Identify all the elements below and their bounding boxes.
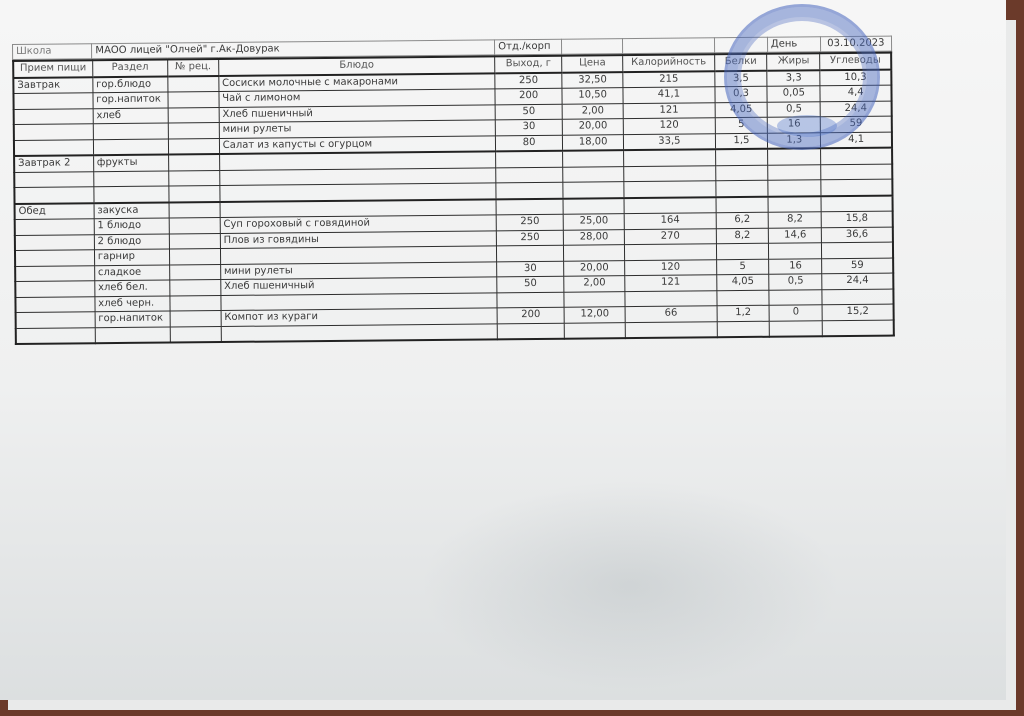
cell-section: 1 блюдо	[94, 218, 169, 234]
cell-recipe	[170, 326, 221, 342]
cell-fat: 1,3	[768, 132, 821, 149]
cell-carbs: 4,1	[821, 132, 892, 149]
col-recipe: № рец.	[168, 59, 219, 76]
cell-recipe	[169, 170, 220, 186]
cell-protein	[716, 243, 769, 259]
cell-section: закуска	[94, 202, 169, 219]
dept-value	[562, 39, 623, 55]
cell-carbs	[821, 164, 892, 180]
cell-protein	[717, 290, 770, 306]
cell-meal	[15, 234, 94, 250]
cell-fat: 0	[769, 305, 822, 321]
menu-document: Школа МАОО лицей "Олчей" г.Ак-Довурак От…	[12, 36, 895, 345]
cell-protein: 4,05	[715, 102, 768, 118]
cell-price: 2,00	[564, 276, 625, 292]
cell-fat: 0,5	[769, 274, 822, 290]
cell-price: 32,50	[562, 72, 623, 89]
cell-carbs	[821, 179, 892, 196]
cell-output: 250	[496, 214, 563, 230]
cell-protein: 5	[716, 259, 769, 275]
cell-calories: 215	[623, 71, 715, 88]
blank-cell	[623, 38, 715, 54]
cell-dish	[221, 323, 498, 342]
cell-calories: 270	[624, 228, 716, 244]
cell-section: гор.напиток	[93, 92, 168, 108]
cell-price: 25,00	[563, 214, 624, 230]
cell-section: хлеб бел.	[95, 280, 170, 296]
cell-recipe	[170, 264, 221, 280]
cell-meal	[15, 296, 94, 312]
cell-calories: 164	[624, 213, 716, 229]
cell-fat	[768, 164, 821, 180]
col-output: Выход, г	[495, 56, 562, 73]
cell-price: 10,50	[562, 88, 623, 104]
cell-fat: 8,2	[769, 212, 822, 228]
cell-price	[563, 198, 624, 215]
cell-recipe	[170, 311, 221, 327]
cell-section: фрукты	[93, 155, 168, 172]
cell-protein	[716, 196, 769, 213]
cell-meal	[14, 171, 93, 187]
cell-calories: 120	[625, 259, 717, 275]
cell-meal	[16, 312, 95, 328]
cell-section	[94, 186, 169, 203]
cell-recipe	[168, 107, 219, 123]
cell-output: 200	[495, 88, 562, 104]
cell-calories	[625, 321, 717, 338]
cell-meal	[15, 281, 94, 297]
cell-output: 30	[495, 119, 562, 135]
cell-fat	[768, 148, 821, 165]
cell-price	[563, 166, 624, 182]
cell-protein: 0,3	[715, 86, 768, 102]
cell-output	[497, 323, 564, 340]
cell-meal	[13, 93, 92, 109]
cell-section: гор.напиток	[95, 311, 170, 327]
cell-section	[93, 139, 168, 156]
cell-protein: 8,2	[716, 228, 769, 244]
cell-meal	[15, 250, 94, 266]
cell-price	[564, 245, 625, 261]
cell-protein	[715, 180, 768, 197]
cell-output	[496, 151, 563, 168]
cell-protein: 6,2	[716, 212, 769, 228]
day-label: День	[767, 37, 820, 53]
cell-fat: 14,6	[769, 227, 822, 243]
cell-output	[497, 245, 564, 261]
col-section: Раздел	[92, 60, 167, 77]
cell-output	[496, 167, 563, 183]
cell-recipe	[169, 154, 220, 170]
cell-carbs: 4,4	[820, 85, 891, 101]
cell-carbs: 10,3	[820, 69, 891, 86]
cell-price: 12,00	[564, 307, 625, 323]
menu-rows: Завтракгор.блюдоСосиски молочные с макар…	[13, 69, 894, 344]
cell-calories	[625, 244, 717, 260]
cell-meal	[14, 108, 93, 124]
cell-carbs	[821, 195, 892, 212]
cell-protein	[717, 321, 770, 338]
cell-output: 50	[497, 276, 564, 292]
cell-section: гарнир	[94, 249, 169, 265]
cell-output	[497, 292, 564, 308]
cell-price	[563, 182, 624, 199]
cell-calories	[624, 165, 716, 181]
cell-output	[496, 198, 563, 215]
cell-price: 28,00	[564, 229, 625, 245]
col-protein: Белки	[714, 54, 767, 71]
cell-carbs: 15,8	[821, 211, 892, 227]
cell-meal: Обед	[15, 203, 94, 220]
cell-section: хлеб черн.	[95, 295, 170, 311]
col-meal: Прием пищи	[13, 60, 92, 77]
cell-carbs	[822, 289, 893, 305]
cell-output: 200	[497, 307, 564, 323]
cell-recipe	[169, 186, 220, 202]
date-value: 03.10.2023	[820, 36, 891, 52]
cell-fat	[769, 243, 822, 259]
cell-recipe	[168, 92, 219, 108]
cell-calories: 66	[625, 306, 717, 322]
cell-calories	[624, 181, 716, 198]
cell-section: гор.блюдо	[93, 76, 168, 93]
cell-meal	[14, 139, 93, 156]
cell-output: 30	[497, 261, 564, 277]
cell-recipe	[169, 233, 220, 249]
cell-carbs	[821, 148, 892, 165]
cell-recipe	[169, 218, 220, 234]
cell-fat	[768, 180, 821, 197]
cell-output: 250	[495, 72, 562, 89]
cell-meal	[15, 219, 94, 235]
cell-output	[496, 182, 563, 199]
cell-price	[563, 150, 624, 167]
cell-section: сладкое	[94, 264, 169, 280]
cell-carbs: 24,4	[822, 273, 893, 289]
cell-meal	[16, 327, 95, 344]
col-fat: Жиры	[767, 53, 820, 70]
menu-table: Прием пищи Раздел № рец. Блюдо Выход, г …	[12, 52, 895, 345]
cell-protein: 1,2	[717, 305, 770, 321]
cell-protein: 1,5	[715, 133, 768, 150]
cell-output: 80	[496, 135, 563, 152]
cell-carbs: 36,6	[822, 227, 893, 243]
cell-fat	[768, 196, 821, 213]
cell-carbs: 24,4	[820, 101, 891, 117]
col-calories: Калорийность	[623, 54, 715, 71]
cell-fat: 16	[768, 117, 821, 133]
cell-carbs: 59	[821, 116, 892, 132]
cell-price: 20,00	[564, 260, 625, 276]
cell-price: 2,00	[562, 103, 623, 119]
cell-protein: 3,5	[714, 70, 767, 87]
cell-protein: 4,05	[716, 274, 769, 290]
cell-calories: 121	[625, 275, 717, 291]
cell-recipe	[169, 202, 220, 218]
cell-recipe	[168, 123, 219, 139]
cell-price	[564, 322, 625, 339]
col-price: Цена	[562, 55, 623, 72]
cell-price: 18,00	[563, 134, 624, 151]
cell-meal	[15, 265, 94, 281]
cell-output: 250	[496, 230, 563, 246]
cell-meal	[14, 187, 93, 204]
cell-section	[95, 326, 170, 343]
cell-price	[564, 291, 625, 307]
cell-carbs: 59	[822, 258, 893, 274]
cell-fat: 16	[769, 258, 822, 274]
cell-carbs	[822, 242, 893, 258]
cell-fat: 3,3	[767, 70, 820, 87]
cell-section	[93, 123, 168, 139]
cell-calories	[625, 290, 717, 306]
cell-fat	[770, 320, 823, 337]
paper-sheet: Школа МАОО лицей "Олчей" г.Ак-Довурак От…	[0, 0, 1006, 700]
cell-calories	[624, 197, 716, 214]
cell-fat	[769, 289, 822, 305]
cell-calories: 121	[623, 102, 715, 118]
cell-section	[93, 171, 168, 187]
cell-fat: 0,05	[767, 86, 820, 102]
cell-meal: Завтрак	[13, 77, 92, 94]
cell-output: 50	[495, 104, 562, 120]
cell-section: хлеб	[93, 108, 168, 124]
cell-protein	[715, 165, 768, 181]
cell-meal	[14, 124, 93, 140]
cell-recipe	[170, 280, 221, 296]
cell-calories: 120	[623, 118, 715, 134]
blank-cell	[714, 37, 767, 53]
cell-recipe	[168, 138, 219, 154]
cell-price: 20,00	[562, 119, 623, 135]
cell-meal: Завтрак 2	[14, 155, 93, 172]
cell-carbs	[822, 320, 893, 337]
cell-calories: 41,1	[623, 87, 715, 103]
cell-recipe	[168, 76, 219, 92]
cell-recipe	[170, 295, 221, 311]
cell-calories	[624, 149, 716, 166]
cell-protein: 5	[715, 117, 768, 133]
cell-recipe	[169, 249, 220, 265]
col-carbs: Углеводы	[820, 53, 891, 70]
cell-protein	[715, 149, 768, 166]
cell-calories: 33,5	[624, 133, 716, 150]
cell-carbs: 15,2	[822, 304, 893, 320]
cell-section: 2 блюдо	[94, 233, 169, 249]
school-label: Школа	[13, 44, 92, 60]
cell-fat: 0,5	[768, 101, 821, 117]
dept-label: Отд./корп	[495, 39, 562, 55]
